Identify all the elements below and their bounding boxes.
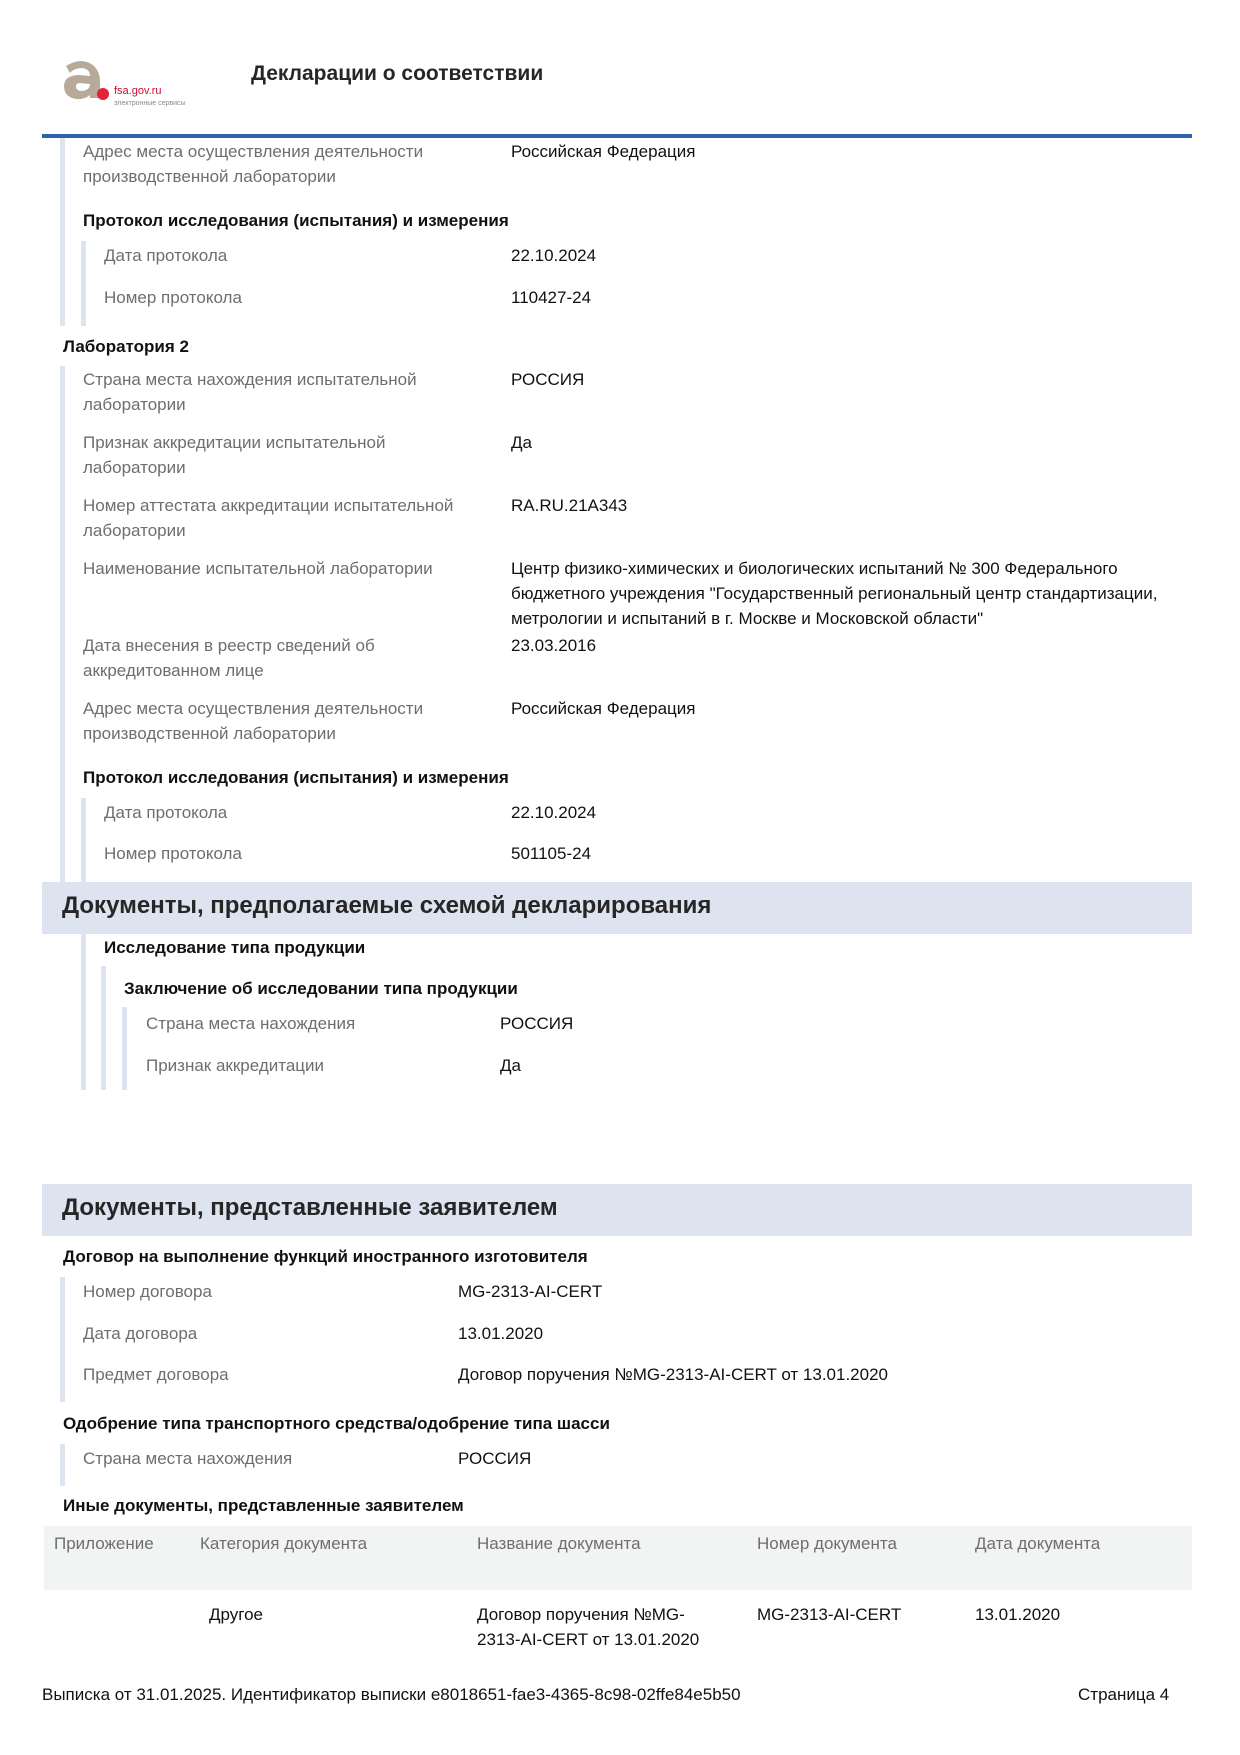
cell-date: 13.01.2020 — [975, 1602, 1060, 1627]
column-category: Категория документа — [200, 1534, 367, 1554]
conclusion-indent-bar — [122, 1007, 127, 1090]
lab2-country-value: РОССИЯ — [511, 367, 584, 392]
section-applicant-documents-title: Документы, представленные заявителем — [62, 1194, 558, 1222]
contract-date-label: Дата договора — [83, 1321, 197, 1346]
lab1-protocol-heading: Протокол исследования (испытания) и изме… — [83, 209, 509, 233]
lab2-accreditation-label: Признак аккредитации испытательной лабор… — [83, 430, 483, 480]
logo-red-dot — [97, 88, 109, 100]
approval-country-value: РОССИЯ — [458, 1446, 531, 1471]
scheme-indent-bar — [81, 934, 86, 1090]
lab2-address-label: Адрес места осуществления деятельности п… — [83, 696, 503, 746]
page-header: fsa.gov.ru электронные сервисы Деклараци… — [42, 40, 1192, 136]
lab2-protocol-number-value: 501105-24 — [511, 841, 591, 866]
lab1-protocol-indent-bar — [81, 241, 86, 326]
approval-indent-bar — [60, 1444, 65, 1486]
cell-category: Другое — [209, 1602, 263, 1627]
footer-extract-info: Выписка от 31.01.2025. Идентификатор вып… — [42, 1685, 741, 1705]
scheme-country-value: РОССИЯ — [500, 1011, 573, 1036]
lab1-address-value: Российская Федерация — [511, 139, 695, 164]
scheme-accreditation-label: Признак аккредитации — [146, 1053, 324, 1078]
lab2-country-label: Страна места нахождения испытательной ла… — [83, 367, 503, 417]
study-indent-bar — [101, 966, 106, 1090]
lab1-protocol-date-label: Дата протокола — [104, 243, 227, 268]
lab2-accreditation-value: Да — [511, 430, 532, 455]
contract-indent-bar — [60, 1277, 65, 1402]
footer-page-number: Страница 4 — [1078, 1685, 1169, 1705]
lab2-address-value: Российская Федерация — [511, 696, 695, 721]
other-docs-heading: Иные документы, представленные заявителе… — [63, 1494, 464, 1518]
contract-subject-label: Предмет договора — [83, 1362, 229, 1387]
contract-subject-value: Договор поручения №MG-2313-AI-CERT от 13… — [458, 1362, 888, 1387]
cell-number: MG-2313-AI-CERT — [757, 1602, 901, 1627]
column-date: Дата документа — [975, 1534, 1100, 1554]
lab2-heading: Лаборатория 2 — [63, 335, 189, 359]
contract-heading: Договор на выполнение функций иностранно… — [63, 1245, 588, 1269]
contract-date-value: 13.01.2020 — [458, 1321, 543, 1346]
lab2-protocol-number-label: Номер протокола — [104, 841, 242, 866]
fsa-logo: fsa.gov.ru электронные сервисы — [60, 58, 210, 118]
lab2-protocol-date-label: Дата протокола — [104, 800, 227, 825]
lab2-registry-date-value: 23.03.2016 — [511, 633, 596, 658]
lab2-protocol-date-value: 22.10.2024 — [511, 800, 596, 825]
lab2-certificate-label: Номер аттестата аккредитации испытательн… — [83, 493, 511, 543]
lab2-certificate-value: RA.RU.21A343 — [511, 493, 627, 518]
logo-site-name: fsa.gov.ru — [114, 85, 162, 97]
document-title: Декларации о соответствии — [251, 62, 543, 86]
lab2-name-value: Центр физико-химических и биологических … — [511, 556, 1211, 631]
lab2-protocol-indent-bar — [81, 798, 86, 882]
approval-country-label: Страна места нахождения — [83, 1446, 292, 1471]
contract-number-value: MG-2313-AI-CERT — [458, 1279, 602, 1304]
lab1-protocol-date-value: 22.10.2024 — [511, 243, 596, 268]
lab1-protocol-number-label: Номер протокола — [104, 285, 242, 310]
section-applicant-documents: Документы, представленные заявителем — [42, 1184, 1192, 1236]
scheme-country-label: Страна места нахождения — [146, 1011, 355, 1036]
logo-subtitle: электронные сервисы — [114, 100, 186, 107]
scheme-accreditation-value: Да — [500, 1053, 521, 1078]
lab1-protocol-number-value: 110427-24 — [511, 285, 591, 310]
column-number: Номер документа — [757, 1534, 897, 1554]
lab1-address-label: Адрес места осуществления деятельности п… — [83, 139, 503, 189]
column-name: Название документа — [477, 1534, 641, 1554]
lab1-indent-bar — [60, 138, 65, 326]
header-divider — [42, 134, 1192, 138]
cell-name: Договор поручения №MG-2313-AI-CERT от 13… — [477, 1602, 727, 1652]
lab2-registry-date-label: Дата внесения в реестр сведений об аккре… — [83, 633, 443, 683]
conclusion-heading: Заключение об исследовании типа продукци… — [124, 977, 518, 1001]
lab2-indent-bar — [60, 366, 65, 882]
column-attachment: Приложение — [54, 1534, 154, 1554]
approval-heading: Одобрение типа транспортного средства/од… — [63, 1412, 610, 1436]
section-scheme-documents-title: Документы, предполагаемые схемой деклари… — [62, 892, 711, 920]
section-scheme-documents: Документы, предполагаемые схемой деклари… — [42, 882, 1192, 934]
study-heading: Исследование типа продукции — [104, 936, 365, 960]
lab2-protocol-heading: Протокол исследования (испытания) и изме… — [83, 766, 509, 790]
lab2-name-label: Наименование испытательной лаборатории — [83, 556, 503, 581]
contract-number-label: Номер договора — [83, 1279, 212, 1304]
